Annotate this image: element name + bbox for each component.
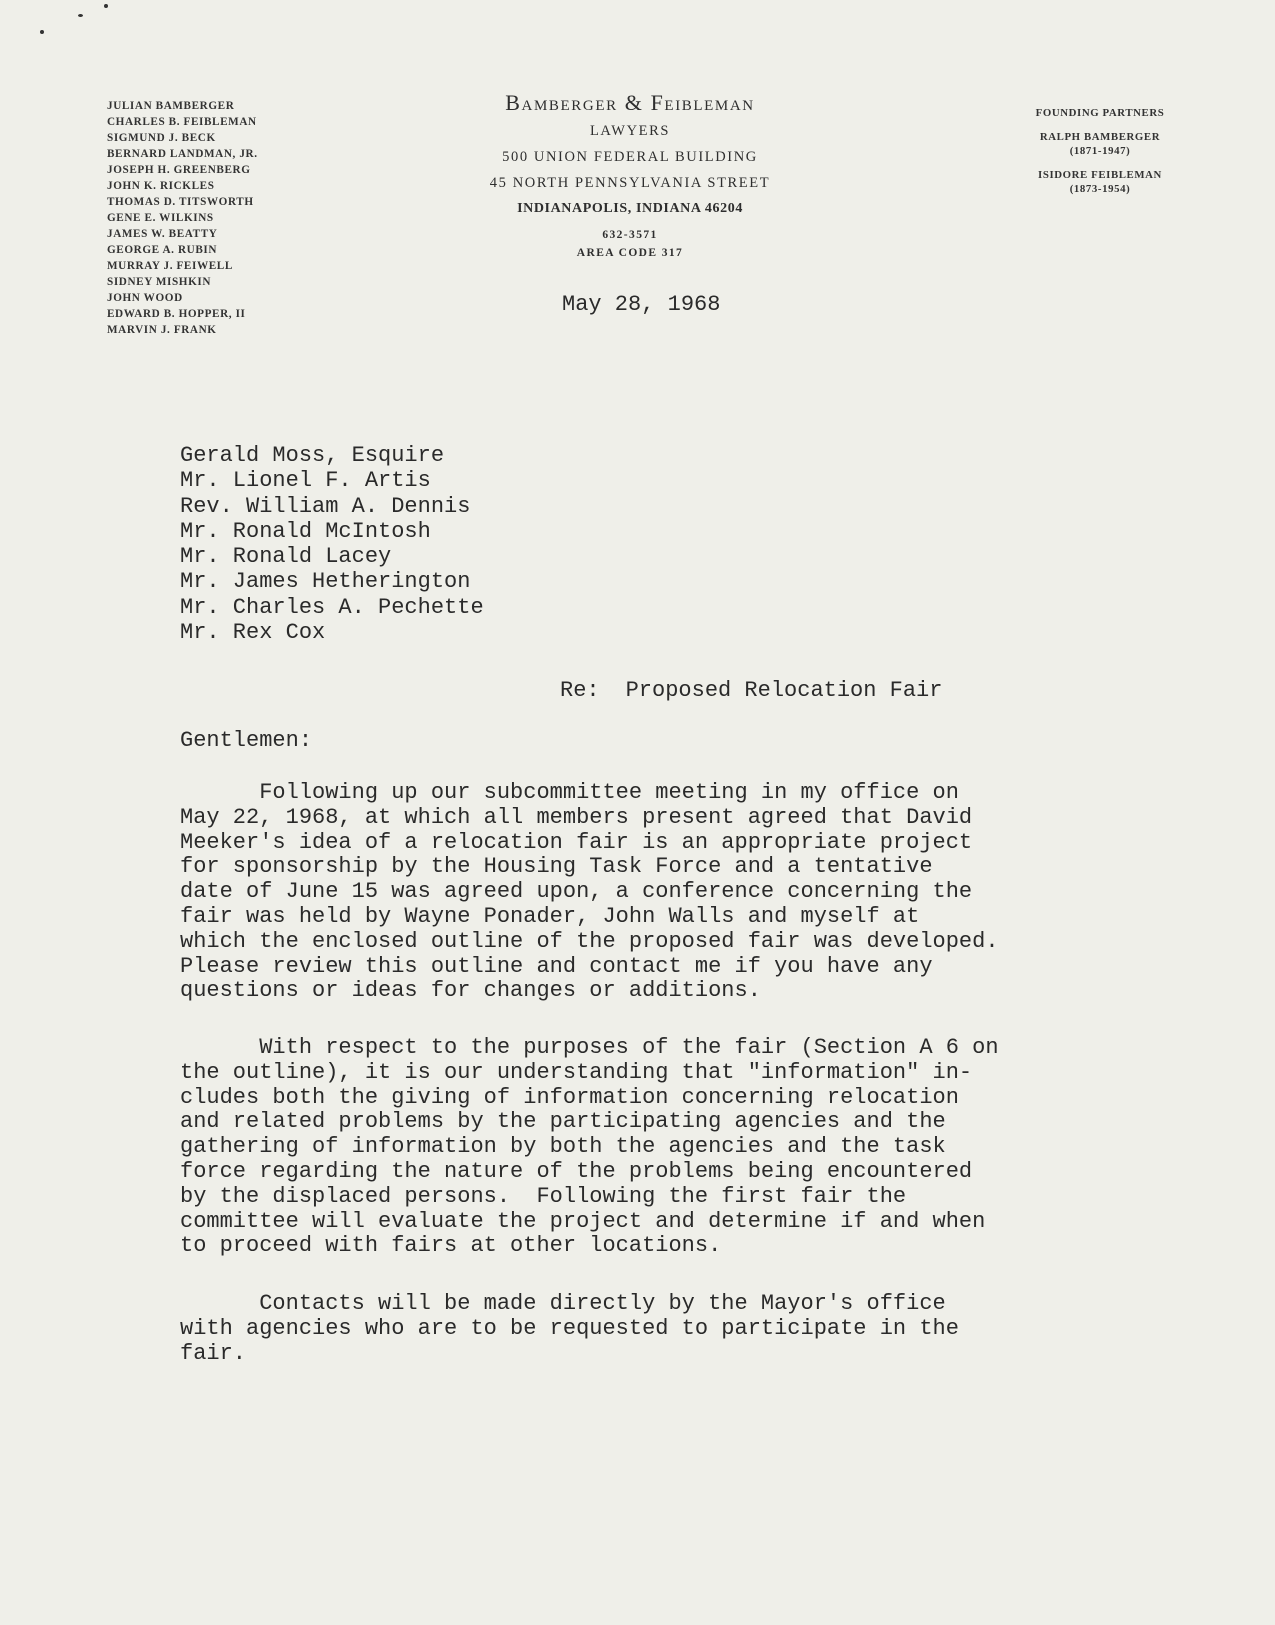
letterhead: Bamberger & Feibleman LAWYERS 500 UNION … — [420, 88, 840, 262]
ink-speck — [78, 14, 83, 17]
city-state-zip: INDIANAPOLIS, INDIANA 46204 — [420, 196, 840, 222]
body-paragraph: Following up our subcommittee meeting in… — [180, 781, 1120, 1004]
letter-date: May 28, 1968 — [562, 292, 720, 317]
ink-speck — [104, 4, 108, 8]
partner-name: JOHN K. RICKLES — [107, 178, 258, 194]
founder-name: RALPH BAMBERGER — [1010, 130, 1190, 144]
founder-years: (1871-1947) — [1010, 144, 1190, 158]
recipient: Gerald Moss, Esquire — [180, 443, 484, 468]
founder-name: ISIDORE FEIBLEMAN — [1010, 168, 1190, 182]
partner-name: THOMAS D. TITSWORTH — [107, 194, 258, 210]
partner-name: SIGMUND J. BECK — [107, 130, 258, 146]
phone-number: 632-3571 — [420, 226, 840, 244]
recipient: Mr. Lionel F. Artis — [180, 468, 484, 493]
body-paragraph: With respect to the purposes of the fair… — [180, 1036, 1120, 1259]
recipient: Rev. William A. Dennis — [180, 494, 484, 519]
salutation: Gentlemen: — [180, 728, 312, 753]
subject-line: Re:Proposed Relocation Fair — [560, 678, 942, 703]
area-code: AREA CODE 317 — [420, 244, 840, 262]
re-subject: Proposed Relocation Fair — [626, 678, 943, 703]
recipient: Mr. Ronald McIntosh — [180, 519, 484, 544]
partner-name: SIDNEY MISHKIN — [107, 274, 258, 290]
recipient-list: Gerald Moss, Esquire Mr. Lionel F. Artis… — [180, 443, 484, 645]
recipient: Mr. Rex Cox — [180, 620, 484, 645]
address-line-2: 45 NORTH PENNSYLVANIA STREET — [420, 170, 840, 196]
partner-name: JOHN WOOD — [107, 290, 258, 306]
partner-name: EDWARD B. HOPPER, II — [107, 306, 258, 322]
body-paragraph: Contacts will be made directly by the Ma… — [180, 1292, 1120, 1366]
founder-years: (1873-1954) — [1010, 182, 1190, 196]
address-line-1: 500 UNION FEDERAL BUILDING — [420, 144, 840, 170]
partner-name: CHARLES B. FEIBLEMAN — [107, 114, 258, 130]
letter-page: JULIAN BAMBERGER CHARLES B. FEIBLEMAN SI… — [0, 0, 1275, 1625]
recipient: Mr. James Hetherington — [180, 569, 484, 594]
profession: LAWYERS — [420, 118, 840, 144]
founding-partners: FOUNDING PARTNERS RALPH BAMBERGER (1871-… — [1010, 106, 1190, 196]
partner-list: JULIAN BAMBERGER CHARLES B. FEIBLEMAN SI… — [107, 98, 258, 338]
partner-name: GEORGE A. RUBIN — [107, 242, 258, 258]
recipient: Mr. Ronald Lacey — [180, 544, 484, 569]
partner-name: GENE E. WILKINS — [107, 210, 258, 226]
ink-speck — [40, 30, 44, 34]
partner-name: JULIAN BAMBERGER — [107, 98, 258, 114]
recipient: Mr. Charles A. Pechette — [180, 595, 484, 620]
partner-name: BERNARD LANDMAN, JR. — [107, 146, 258, 162]
re-label: Re: — [560, 678, 600, 703]
partner-name: JAMES W. BEATTY — [107, 226, 258, 242]
partner-name: JOSEPH H. GREENBERG — [107, 162, 258, 178]
partner-name: MURRAY J. FEIWELL — [107, 258, 258, 274]
founding-heading: FOUNDING PARTNERS — [1010, 106, 1190, 120]
firm-name: Bamberger & Feibleman — [420, 88, 840, 118]
partner-name: MARVIN J. FRANK — [107, 322, 258, 338]
